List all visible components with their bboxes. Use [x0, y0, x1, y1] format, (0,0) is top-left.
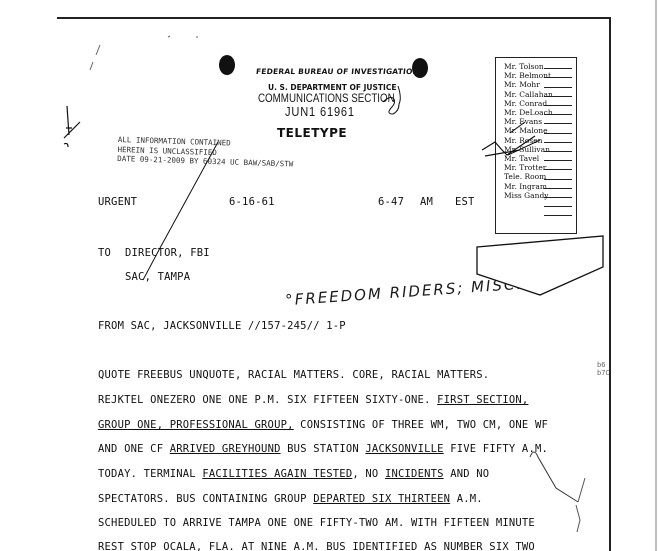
- initials-mark: [383, 86, 400, 114]
- pen-stroke-diagonal: [143, 142, 218, 280]
- speck-marks: [90, 36, 198, 70]
- received-stamp-box: [477, 236, 603, 295]
- pen-arc-mark: [530, 452, 578, 502]
- margin-mark: [64, 106, 80, 147]
- routing-check-stroke: [508, 122, 540, 155]
- handwritten-marks: [0, 0, 658, 551]
- pen-arrow-mark: [576, 478, 585, 532]
